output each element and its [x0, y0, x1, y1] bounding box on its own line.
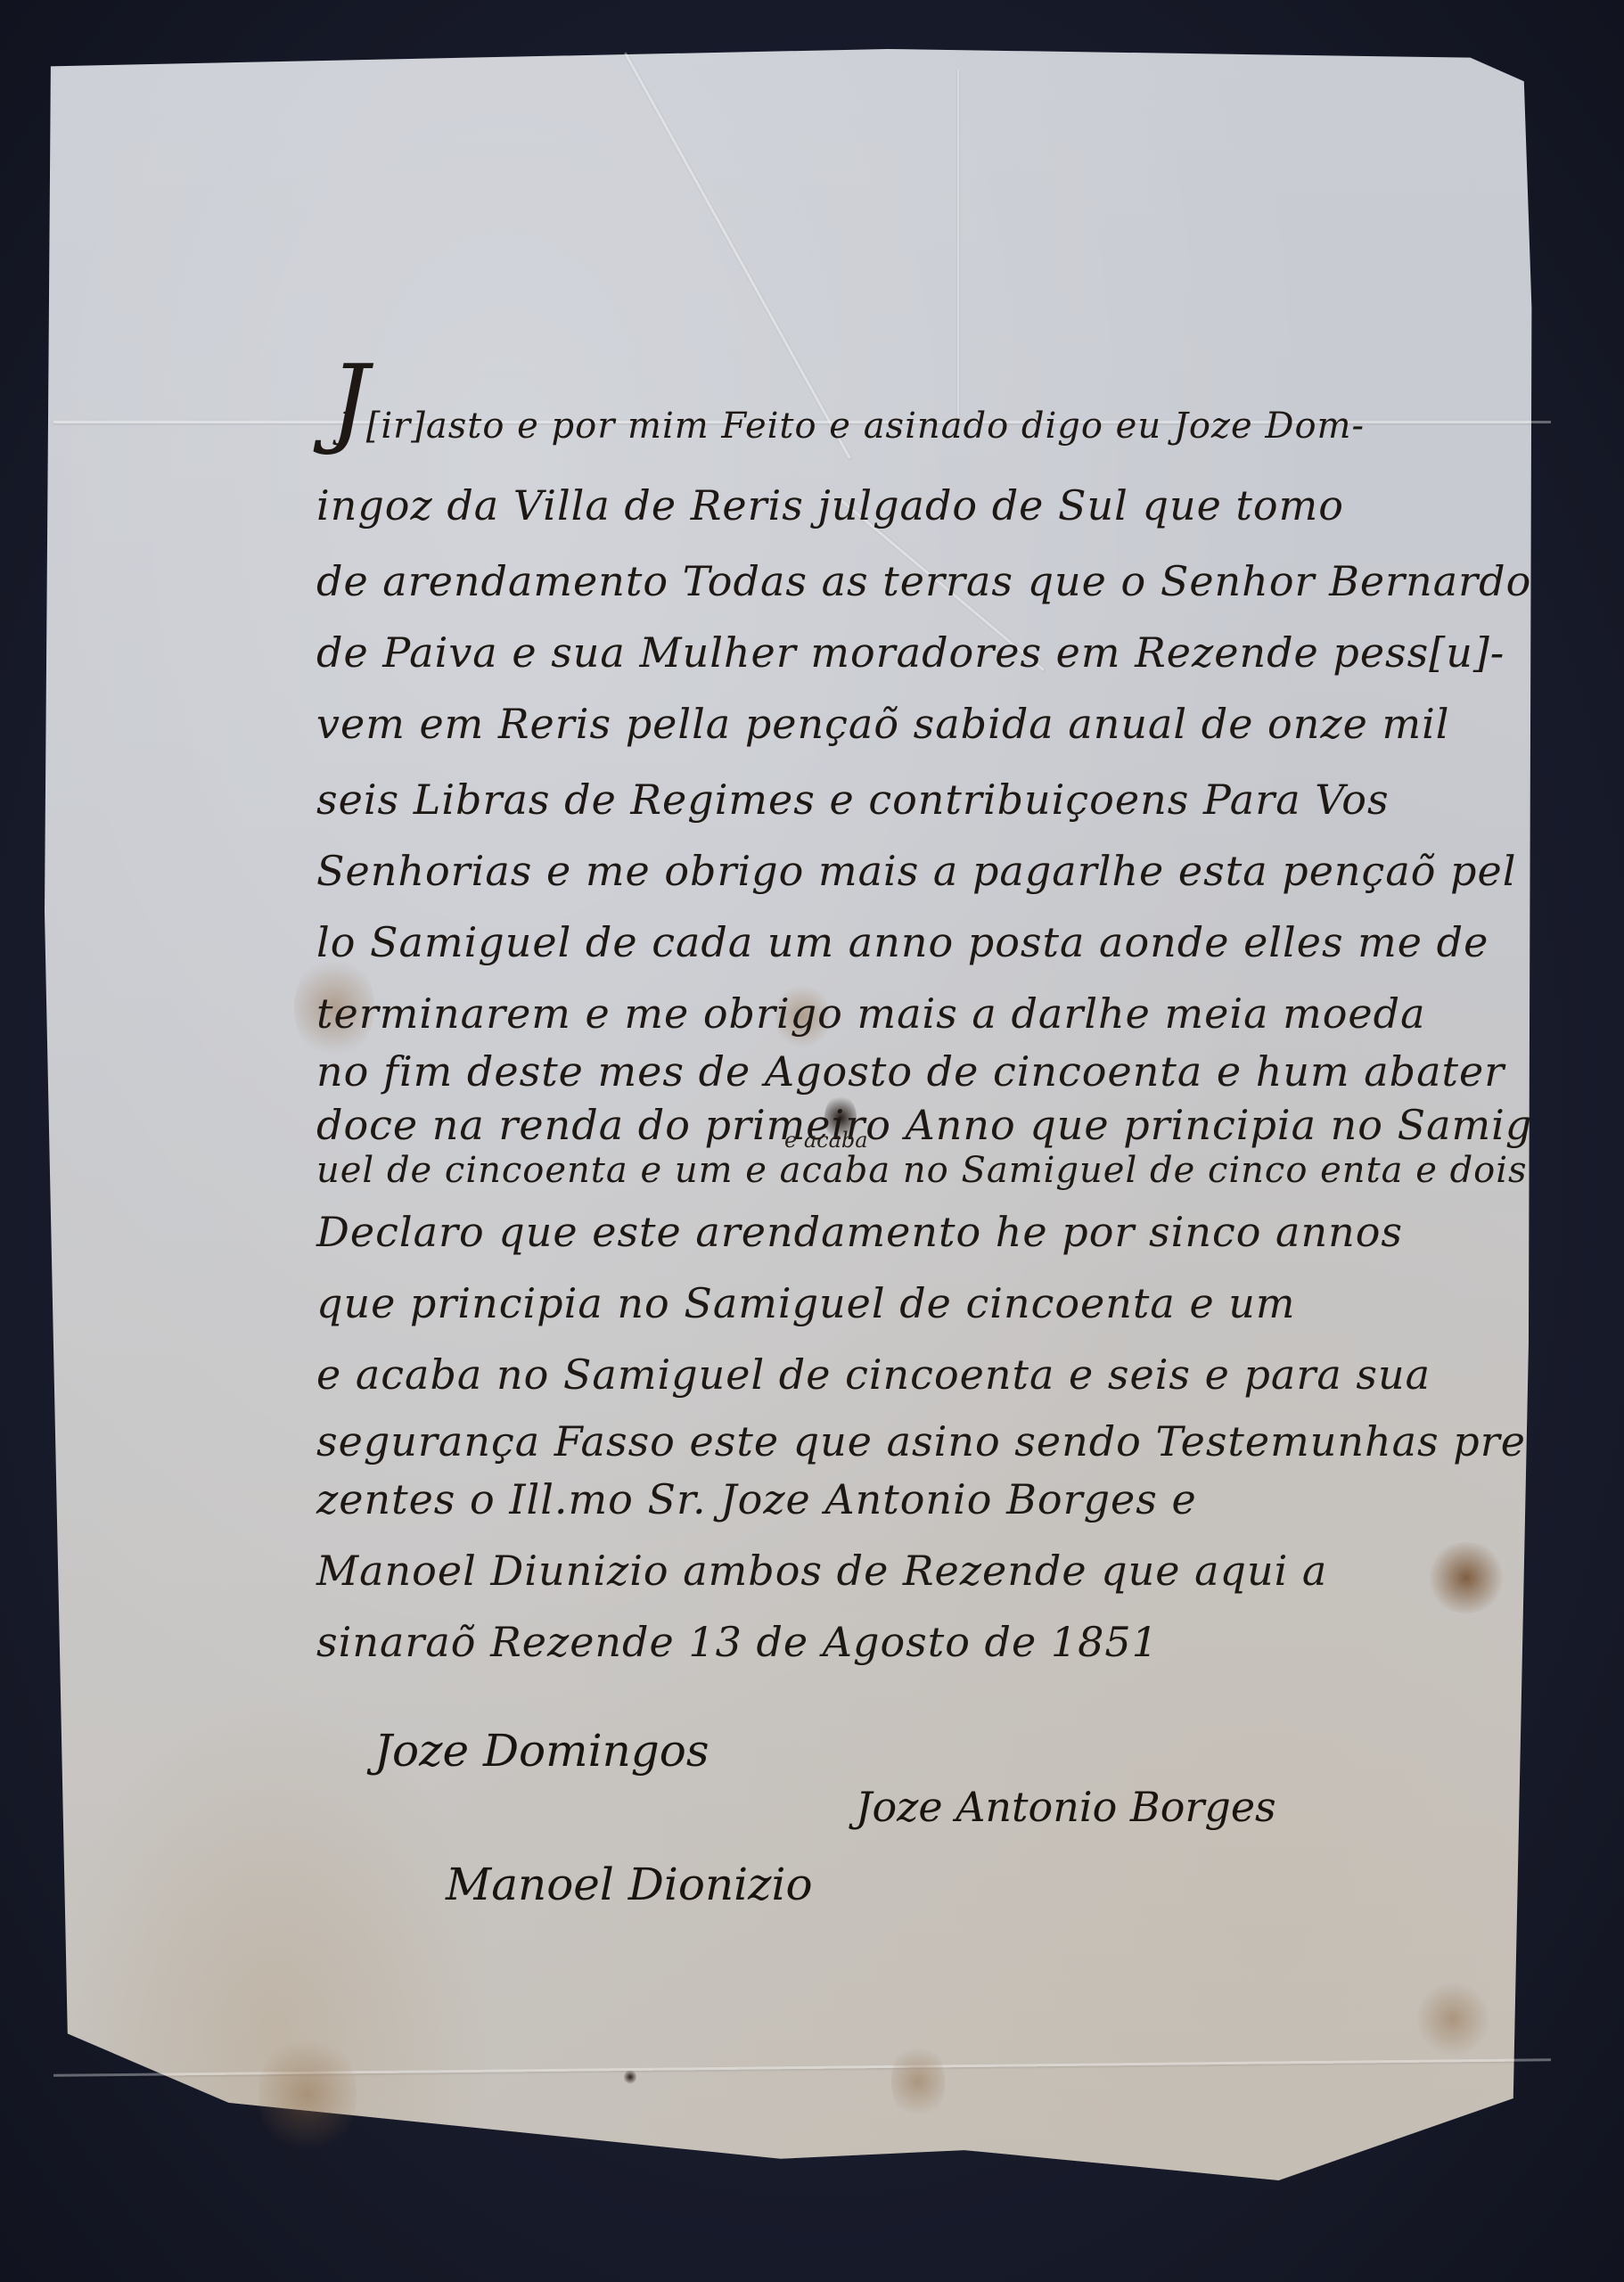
text-line: uel de cincoenta e um e acaba no Samigue…	[316, 1150, 1528, 1191]
text-line: vem em Reris pella pençaõ sabida anual d…	[316, 700, 1450, 748]
text-line: zentes o Ill.mo Sr. Joze Antonio Borges …	[316, 1475, 1197, 1523]
text-line: J [ir]asto e por mim Feito e asinado dig…	[339, 406, 1365, 447]
text-line: lo Samiguel de cada um anno posta aonde …	[316, 918, 1489, 966]
text-line: Senhorias e me obrigo mais a pagarlhe es…	[316, 847, 1516, 895]
text-line: Manoel Diunizio ambos de Rezende que aqu…	[316, 1547, 1327, 1595]
text-line: que principia no Samiguel de cincoenta e…	[316, 1279, 1296, 1327]
text-line: segurança Fasso este que asino sendo Tes…	[316, 1417, 1526, 1465]
signature-joze-antonio-borges: Joze Antonio Borges	[856, 1783, 1276, 1831]
text-line: no fim deste mes de Agosto de cincoenta …	[316, 1047, 1505, 1096]
text-line: doce na renda do primeiro Anno que princ…	[316, 1101, 1532, 1149]
text-line: de Paiva e sua Mulher moradores em Rezen…	[316, 628, 1505, 677]
text-line: sinaraõ Rezende 13 de Agosto de 1851	[316, 1618, 1159, 1666]
signature-manoel-dionizio: Manoel Dionizio	[446, 1859, 813, 1910]
signature-joze-domingos: Joze Domingos	[374, 1725, 709, 1777]
text-line: Declaro que este arendamento he por sinc…	[316, 1208, 1403, 1256]
text-line: terminarem e me obrigo mais a darlhe mei…	[316, 989, 1426, 1038]
interlinear-insertion: e acaba	[784, 1128, 868, 1153]
ink-spot	[624, 2070, 636, 2084]
text-line: e acaba no Samiguel de cincoenta e seis …	[316, 1350, 1431, 1399]
text-line: seis Libras de Regimes e contribuiçoens …	[316, 776, 1390, 824]
text-line: ingoz da Villa de Reris julgado de Sul q…	[316, 481, 1344, 529]
text-line: de arendamento Todas as terras que o Sen…	[316, 557, 1531, 605]
